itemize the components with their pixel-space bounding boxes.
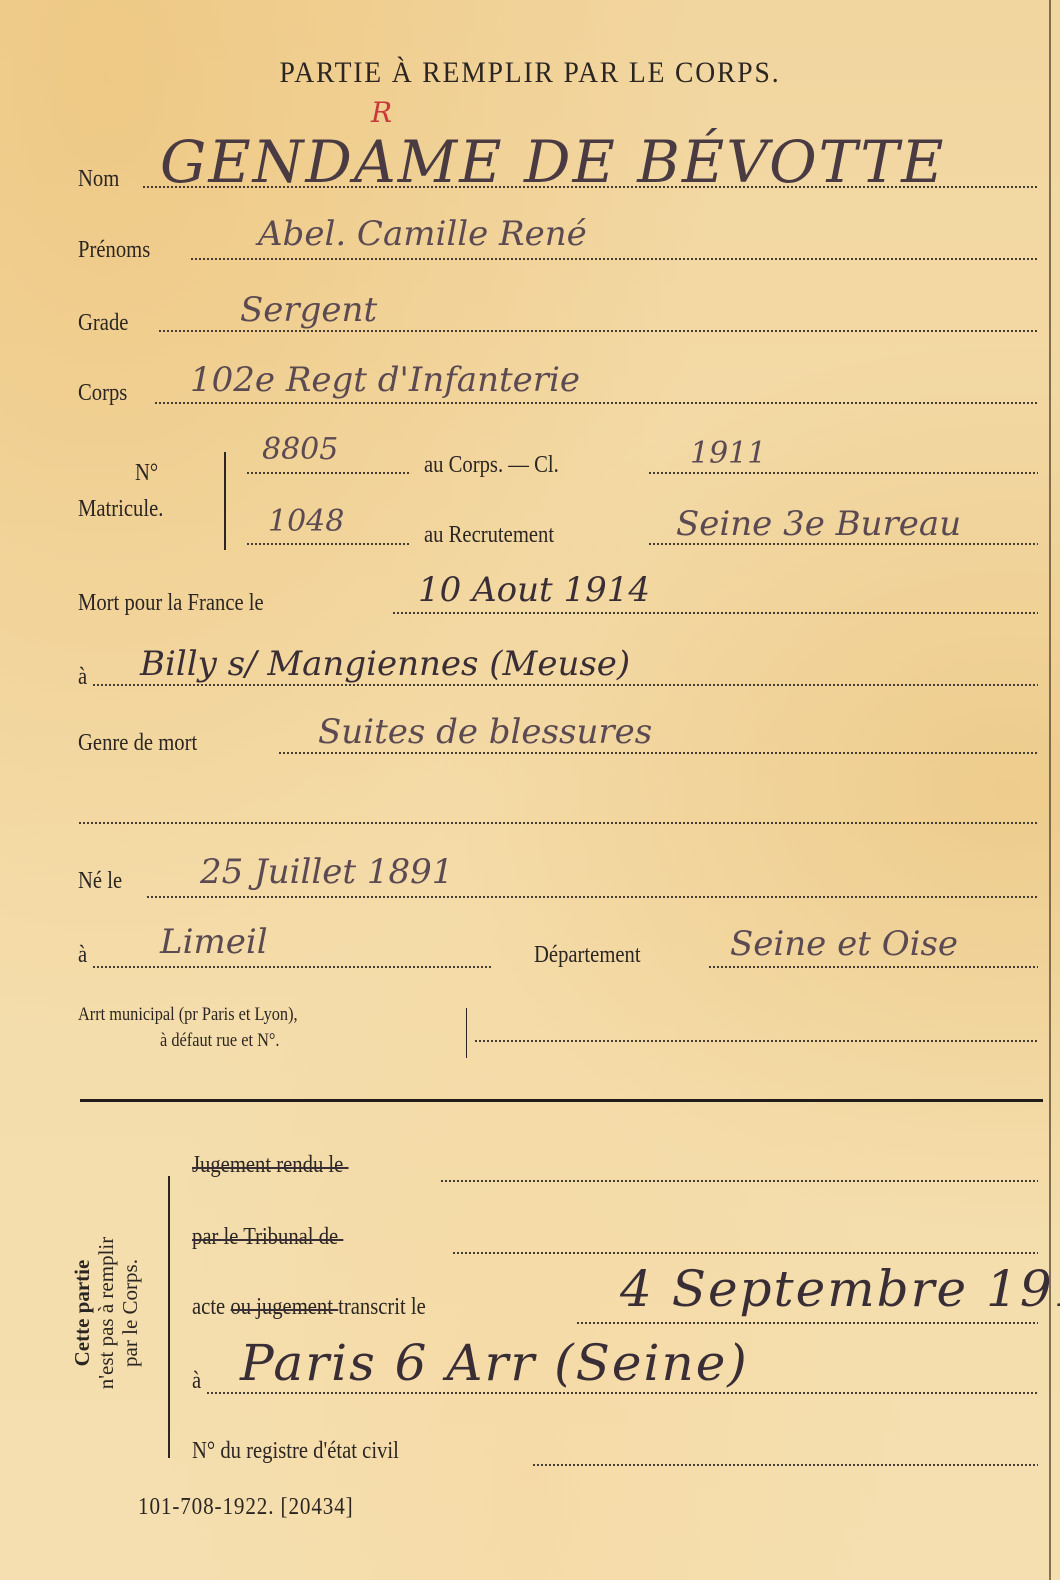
- prenoms-value[interactable]: Abel. Camille René: [258, 214, 587, 254]
- side-note-line-1: Cette partie: [70, 1188, 94, 1438]
- grade-label: Grade: [78, 310, 128, 337]
- corps-line: [154, 402, 1038, 404]
- registre-line[interactable]: [532, 1464, 1038, 1466]
- arr-municipal-brace: [466, 1008, 476, 1058]
- departement-value[interactable]: Seine et Oise: [730, 924, 958, 964]
- genre-mort-label: Genre de mort: [78, 730, 197, 757]
- tribunal-label: par le Tribunal de: [192, 1224, 338, 1251]
- recrutement-place-value[interactable]: Seine 3e Bureau: [676, 504, 961, 544]
- mort-a-label: à: [78, 664, 87, 691]
- transcrit-a-value[interactable]: Paris 6 Arr (Seine): [240, 1334, 749, 1392]
- matricule-recrutement-label: au Recrutement: [424, 522, 554, 549]
- classe-value[interactable]: 1911: [690, 436, 766, 471]
- tribunal-line[interactable]: [452, 1252, 1038, 1254]
- matricule-label: Matricule.: [78, 496, 163, 523]
- transcrit-line: [576, 1322, 1038, 1324]
- arr-municipal-label-1: Arrt municipal (pr Paris et Lyon),: [78, 1004, 298, 1026]
- matricule-no-label: N°: [135, 460, 158, 487]
- card-edge: [1049, 0, 1051, 1580]
- ne-a-label: à: [78, 942, 87, 969]
- prenoms-line: [190, 258, 1038, 260]
- jugement-struck-text: Jugement rendu le: [192, 1152, 343, 1179]
- mort-le-value[interactable]: 10 Aout 1914: [418, 570, 650, 610]
- transcrit-a-label: à: [192, 1368, 201, 1395]
- jugement-line[interactable]: [440, 1180, 1038, 1182]
- matricule-recrutement-line: [246, 543, 410, 545]
- matricule-corps-line: [246, 472, 410, 474]
- mort-a-value[interactable]: Billy s/ Mangiennes (Meuse): [140, 644, 630, 684]
- transcrit-struck-text: ou jugement: [230, 1294, 333, 1321]
- ne-le-value[interactable]: 25 Juillet 1891: [200, 852, 453, 892]
- grade-value[interactable]: Sergent: [240, 290, 377, 330]
- ne-le-label: Né le: [78, 868, 122, 895]
- transcrit-value[interactable]: 4 Septembre 1914: [620, 1260, 1060, 1318]
- form-code: 101-708-1922. [20434]: [138, 1494, 354, 1521]
- matricule-recrutement-value[interactable]: 1048: [268, 504, 344, 539]
- matricule-corps-label: au Corps. — Cl.: [424, 452, 559, 479]
- mort-a-line: [92, 684, 1038, 686]
- section-divider: [80, 1099, 1043, 1102]
- nom-label: Nom: [78, 166, 119, 193]
- transcrit-label: acte ou jugement transcrit le: [192, 1294, 426, 1321]
- ne-a-line: [92, 966, 492, 968]
- side-note-line-3: par le Corps.: [118, 1188, 142, 1438]
- departement-line: [708, 966, 1038, 968]
- civil-brace: [168, 1176, 178, 1458]
- blank-line: [78, 822, 1038, 824]
- tribunal-struck-text: par le Tribunal de: [192, 1224, 338, 1251]
- corps-label: Corps: [78, 380, 127, 407]
- arr-municipal-line[interactable]: [474, 1040, 1038, 1042]
- matricule-corps-value[interactable]: 8805: [262, 432, 338, 467]
- death-record-card: PARTIE À REMPLIR PAR LE CORPS. R Nom GEN…: [0, 0, 1060, 1580]
- registre-label: N° du registre d'état civil: [192, 1438, 399, 1465]
- page-title: PARTIE À REMPLIR PAR LE CORPS.: [42, 56, 1017, 90]
- ne-le-line: [146, 896, 1038, 898]
- genre-mort-line: [278, 752, 1038, 754]
- jugement-label: Jugement rendu le: [192, 1152, 343, 1179]
- red-margin-mark: R: [371, 96, 392, 129]
- matricule-brace: [224, 452, 234, 550]
- transcrit-acte-text: acte: [192, 1294, 225, 1320]
- ne-a-value[interactable]: Limeil: [160, 922, 268, 962]
- mort-le-line: [392, 612, 1038, 614]
- grade-line: [158, 330, 1038, 332]
- arr-municipal-label-2: à défaut rue et N°.: [160, 1030, 279, 1052]
- genre-mort-value[interactable]: Suites de blessures: [318, 712, 652, 752]
- nom-value[interactable]: GENDAME DE BÉVOTTE: [160, 128, 945, 196]
- corps-value[interactable]: 102e Regt d'Infanterie: [190, 360, 580, 400]
- mort-le-label: Mort pour la France le: [78, 590, 264, 617]
- classe-line: [648, 472, 1038, 474]
- prenoms-label: Prénoms: [78, 237, 150, 264]
- side-note-line-2: n'est pas à remplir: [94, 1188, 118, 1438]
- transcrit-rest-text: transcrit le: [338, 1294, 426, 1320]
- departement-label: Département: [534, 942, 641, 969]
- transcrit-a-line: [206, 1392, 1038, 1394]
